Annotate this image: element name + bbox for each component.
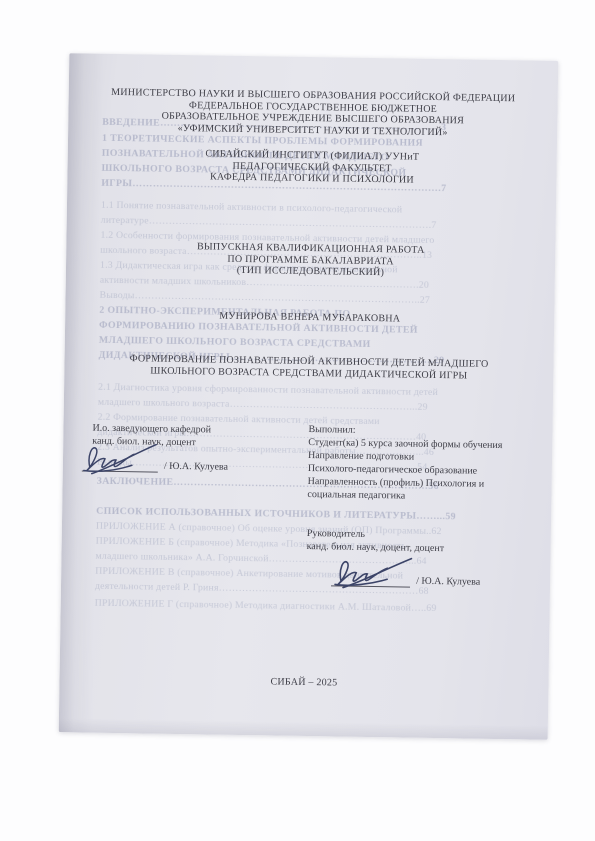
handwritten-signature-icon	[76, 435, 169, 480]
supervisor-signature-caption: / Ю.А. Кулуева	[416, 576, 480, 588]
city-year-text: СИБАЙ – 2025	[59, 673, 548, 692]
paper-sheet: ВВЕДЕНИЕ………………………………………………………………………..31 …	[59, 53, 559, 740]
handwritten-signature-icon	[325, 548, 424, 596]
thesis-title: ФОРМИРОВАНИЕ ПОЗНАВАТЕЛЬНОЙ АКТИВНОСТИ Д…	[64, 352, 553, 383]
institute-block: СИБАЙСКИЙ ИНСТИТУТ (ФИЛИАЛ) УУНиТ ПЕДАГО…	[67, 146, 556, 188]
ministry-header: МИНИСТЕРСТВО НАУКИ И ВЫСШЕГО ОБРАЗОВАНИЯ…	[68, 86, 558, 140]
author-name: МУНИРОВА ВЕНЕРА МУБАРАКОВНА	[65, 308, 554, 327]
approver-signature-caption: / Ю.А. Кулуева	[164, 461, 228, 473]
executor-line: социальная педагогика	[307, 488, 542, 505]
title-page-content: МИНИСТЕРСТВО НАУКИ И ВЫСШЕГО ОБРАЗОВАНИЯ…	[59, 53, 559, 740]
executor-block: Выполнил: Студент(ка) 5 курса заочной фо…	[307, 423, 543, 505]
work-type-block: ВЫПУСКНАЯ КВАЛИФИКАЦИОННАЯ РАБОТА ПО ПРО…	[66, 239, 555, 281]
supervisor-signature: / Ю.А. Кулуева	[331, 552, 552, 589]
approver-signature: / Ю.А. Кулуева	[82, 437, 313, 475]
scanned-page-photo: ВВЕДЕНИЕ………………………………………………………………………..31 …	[0, 0, 595, 841]
city-year-footer: СИБАЙ – 2025	[59, 673, 548, 692]
author-name-text: МУНИРОВА ВЕНЕРА МУБАРАКОВНА	[65, 308, 554, 327]
